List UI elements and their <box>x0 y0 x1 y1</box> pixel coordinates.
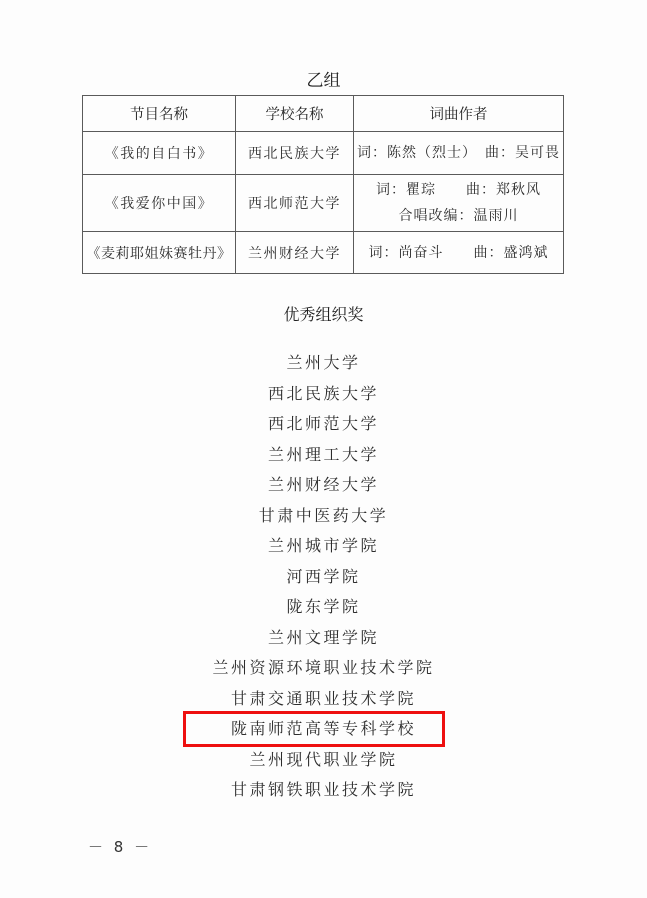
section-title: 优秀组织奖 <box>0 302 647 325</box>
group-title: 乙组 <box>0 66 647 91</box>
list-item: 兰州资源环境职业技术学院 <box>0 653 647 684</box>
header-school: 学校名称 <box>236 96 354 132</box>
list-item: 甘肃钢铁职业技术学院 <box>0 775 647 806</box>
list-item: 河西学院 <box>0 562 647 593</box>
school-name: 西北师范大学 <box>236 175 354 232</box>
list-item: 甘肃交通职业技术学院 <box>0 684 647 715</box>
list-item: 兰州大学 <box>0 348 647 379</box>
list-item: 兰州理工大学 <box>0 440 647 471</box>
header-program: 节目名称 <box>83 96 236 132</box>
table-row: 《麦莉耶姐妹赛牡丹》 兰州财经大学 词：尚奋斗 曲：盛鸿斌 <box>83 232 564 274</box>
school-name: 兰州财经大学 <box>236 232 354 274</box>
credit-line: 词：尚奋斗 曲：盛鸿斌 <box>354 240 563 266</box>
list-item: 兰州文理学院 <box>0 623 647 654</box>
list-item: 西北师范大学 <box>0 409 647 440</box>
page-number: － 8 － <box>88 836 152 857</box>
credits-cell: 词：陈然（烈士） 曲：吴可畏 <box>354 132 564 175</box>
table-row: 《我爱你中国》 西北师范大学 词：瞿琮 曲：郑秋风 合唱改编：温雨川 <box>83 175 564 232</box>
list-item: 兰州城市学院 <box>0 531 647 562</box>
program-name: 《我爱你中国》 <box>83 175 236 232</box>
list-item: 甘肃中医药大学 <box>0 501 647 532</box>
credit-line: 词：瞿琮 曲：郑秋风 <box>354 177 563 203</box>
list-item: 兰州财经大学 <box>0 470 647 501</box>
table-row: 《我的自白书》 西北民族大学 词：陈然（烈士） 曲：吴可畏 <box>83 132 564 175</box>
highlight-box <box>183 711 445 747</box>
list-item: 兰州现代职业学院 <box>0 745 647 776</box>
list-item: 西北民族大学 <box>0 379 647 410</box>
header-credits: 词曲作者 <box>354 96 564 132</box>
credit-line: 合唱改编：温雨川 <box>354 203 563 229</box>
credit-line: 词：陈然（烈士） 曲：吴可畏 <box>354 140 563 166</box>
program-name: 《我的自白书》 <box>83 132 236 175</box>
school-name: 西北民族大学 <box>236 132 354 175</box>
list-item: 陇东学院 <box>0 592 647 623</box>
table-header-row: 节目名称 学校名称 词曲作者 <box>83 96 564 132</box>
program-name: 《麦莉耶姐妹赛牡丹》 <box>83 232 236 274</box>
credits-cell: 词：尚奋斗 曲：盛鸿斌 <box>354 232 564 274</box>
program-table: 节目名称 学校名称 词曲作者 《我的自白书》 西北民族大学 词：陈然（烈士） 曲… <box>82 95 564 274</box>
credits-cell: 词：瞿琮 曲：郑秋风 合唱改编：温雨川 <box>354 175 564 232</box>
